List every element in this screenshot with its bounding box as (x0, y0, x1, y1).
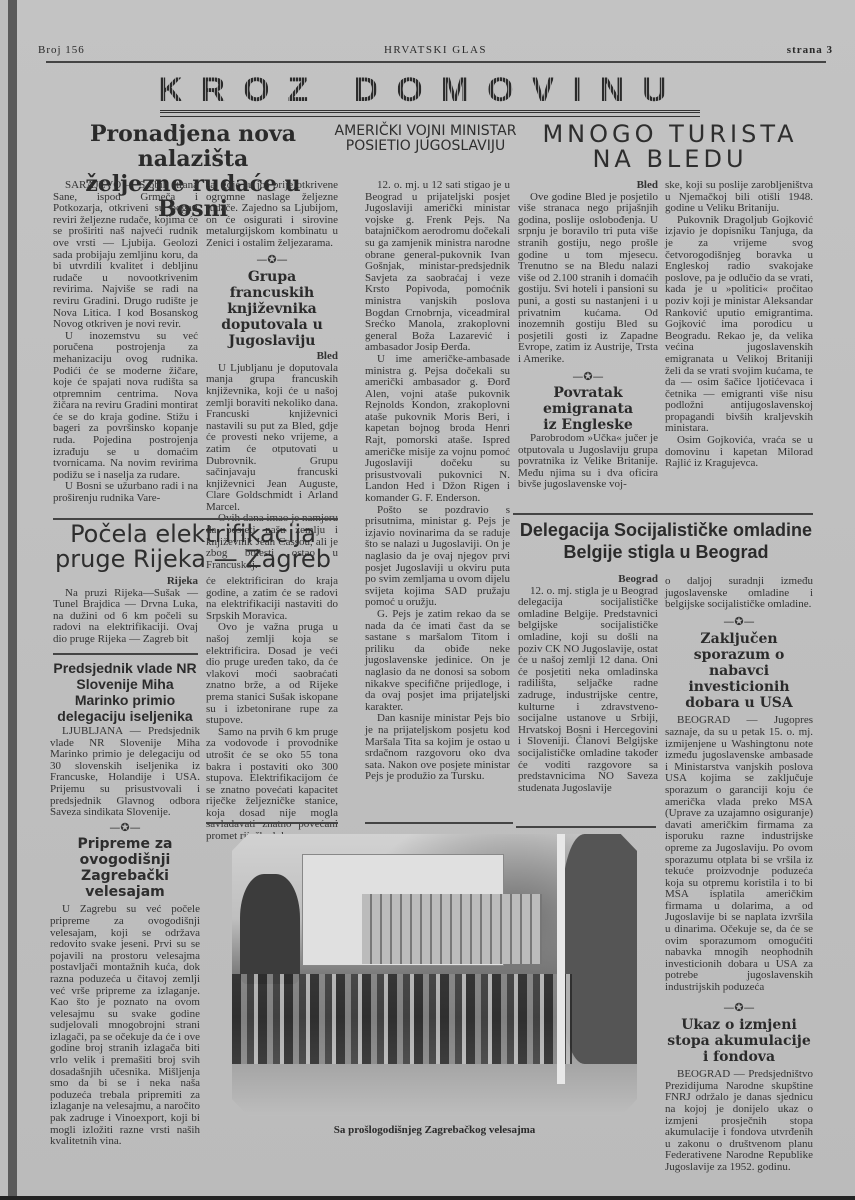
separator-star: —✪— (665, 616, 813, 628)
paragraph: U Ljubljanu je doputovala manja grupa fr… (206, 363, 338, 514)
headline-sporazum: Zaključen sporazum o nabavci investicion… (665, 631, 813, 711)
article-elektrifikacija-col2: će elektrificiran do kraja godine, a zat… (206, 576, 338, 843)
paragraph: Samo na prvih 6 km pruge za vodovode i p… (206, 727, 338, 843)
paragraph: ske, koji su poslije zarobljeništva u Nj… (665, 180, 813, 215)
headline-line: Počela elektrifikacija (48, 522, 338, 547)
paragraph: BEOGRAD — Jugopres saznaje, da su u peta… (665, 715, 813, 993)
dateline: Rijeka (53, 576, 198, 588)
paragraph: BEOGRAD — Predsjedništvo Prezidijuma Nar… (665, 1069, 813, 1173)
paragraph: ša, gdje su još prije otkrivene ogromne … (206, 180, 338, 250)
article-rudace-col2: ša, gdje su još prije otkrivene ogromne … (206, 180, 338, 571)
paragraph: 12. o. mj. stigla je u Beograd delegacij… (518, 586, 658, 795)
paragraph: će elektrificiran do kraja godine, a zat… (206, 576, 338, 622)
masthead: HRVATSKI GLAS (38, 44, 833, 56)
paragraph: Osim Gojkovića, vraća se u domovinu i ka… (665, 435, 813, 470)
paragraph: Dan kasnije ministar Pejs bio je na prij… (365, 713, 510, 783)
headline-line: Povratak emigranata (518, 385, 658, 417)
article-elektrifikacija-col1: Rijeka Na pruzi Rijeka—Sušak — Tunel Bra… (53, 576, 198, 646)
divider (53, 653, 198, 655)
header-rule (46, 61, 826, 63)
headline-ukaz: Ukaz o izmjeni stopa akumulacije i fondo… (665, 1017, 813, 1065)
paragraph: U ime američke-ambasade ministra g. Pejs… (365, 354, 510, 505)
paragraph: Pošto se pozdravio s prisutnima, minista… (365, 505, 510, 609)
photo-tree (240, 874, 300, 984)
photo-building-windows (362, 894, 542, 964)
headline-line: Belgije stigla u Beograd (516, 541, 816, 563)
headline-marinko: Predsjednik vlade NR Slovenije Miha Mari… (50, 660, 200, 724)
dateline: Bled (206, 351, 338, 363)
dateline: Beograd (518, 574, 658, 586)
paragraph: Pukovnik Dragoljub Gojković izjavio je d… (665, 215, 813, 435)
divider (206, 822, 338, 824)
paragraph: G. Pejs je zatim rekao da se nada da će … (365, 609, 510, 713)
newspaper-page: Broj 156 HRVATSKI GLAS strana 3 KROZ DOM… (8, 0, 855, 1200)
photo-pole (557, 834, 565, 1084)
headline-elektrifikacija: Počela elektrifikacija pruge Rijeka — Za… (48, 522, 338, 572)
article-delegacija-col2: o daljoj suradnji između jugoslavenske o… (665, 576, 813, 1174)
separator-star: —✪— (665, 1002, 813, 1014)
separator-star: —✪— (518, 371, 658, 383)
banner-underline (160, 110, 700, 117)
paragraph: Na pruzi Rijeka—Sušak — Tunel Brajdica —… (53, 588, 198, 646)
page-number: strana 3 (787, 44, 833, 56)
paragraph: SARAJEVO — S obih strana Sane, ispod Grm… (53, 180, 198, 331)
paragraph: Ovo je važna pruga u našoj zemlji koja s… (206, 622, 338, 726)
article-turisti-col1: Bled Ove godine Bled je posjetilo više s… (518, 180, 658, 491)
paragraph: 12. o. mj. u 12 sati stigao je u Beograd… (365, 180, 510, 354)
headline-francuski: Grupa francuskih književnika doputovala … (206, 269, 338, 349)
page-binding-edge (8, 0, 17, 1200)
headline-delegacija: Delegacija Socijalističke omladine Belgi… (516, 519, 816, 563)
photo-crowd (232, 974, 572, 1064)
separator-star: —✪— (50, 822, 200, 834)
headline-ministar: AMERIČKI VOJNI MINISTAR POSIETIO JUGOSLA… (333, 124, 518, 154)
headline-line: Pronadjena nova nalazišta (48, 122, 338, 172)
dateline: Bled (518, 180, 658, 192)
article-delegacija-col1: Beograd 12. o. mj. stigla je u Beograd d… (518, 574, 658, 794)
headline-line: iz Engleske (518, 417, 658, 433)
headline-line: Delegacija Socijalističke omladine (516, 519, 816, 541)
article-turisti-col2: ske, koji su poslije zarobljeništva u Nj… (665, 180, 813, 470)
paragraph: U Zagrebu su već počele pripreme za ovog… (50, 904, 200, 1147)
headline-line: pruge Rijeka — Zagreb (48, 547, 338, 572)
bottom-edge (0, 1196, 855, 1200)
photo-caption: Sa prošlogodišnjeg Zagrebačkog velesajma (232, 1124, 637, 1136)
article-marinko: Predsjednik vlade NR Slovenije Miha Mari… (50, 660, 200, 1148)
paragraph: LJUBLJANA — Predsjednik vlade NR Sloveni… (50, 726, 200, 819)
headline-velesajam: Pripreme za ovogodišnji Zagrebački veles… (50, 836, 200, 900)
paragraph: U inozemstvu su već poručena postrojenja… (53, 331, 198, 482)
separator-star: —✪— (206, 254, 338, 266)
fair-photo (232, 834, 637, 1116)
photo-tree (562, 834, 637, 1064)
headline-povratak: Povratak emigranata iz Engleske (518, 385, 658, 433)
section-banner: KROZ DOMOVINU (158, 73, 703, 107)
divider (365, 822, 513, 824)
paragraph: o daljoj suradnji između jugoslavenske o… (665, 576, 813, 611)
paragraph: Parobrodom »Učka« jučer je otputovala u … (518, 433, 658, 491)
headline-turisti: MNOGO TURISTA NA BLEDU (520, 122, 820, 172)
headline-line: MNOGO TURISTA (520, 122, 820, 147)
paragraph: Ove godine Bled je posjetilo više strana… (518, 192, 658, 366)
article-ministar: 12. o. mj. u 12 sati stigao je u Beograd… (365, 180, 510, 783)
divider (513, 513, 813, 515)
headline-line: NA BLEDU (520, 147, 820, 172)
article-rudace-col1: SARAJEVO — S obih strana Sane, ispod Grm… (53, 180, 198, 505)
divider (516, 826, 656, 828)
paragraph: U Bosni se užurbano radi i na proširenju… (53, 481, 198, 504)
